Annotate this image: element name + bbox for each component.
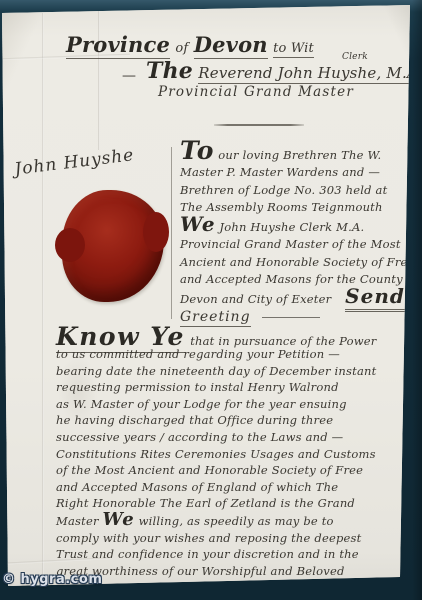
address-line-text: Devon and City of Exeter [180,292,331,306]
greeting-flourish-dash [262,317,320,318]
address-line: Master P. Master Wardens and — [180,164,416,181]
header-word-of: of [175,41,188,56]
header-title: Provincial Grand Master [158,84,354,100]
header-dash: — [122,68,136,84]
watermark: © hygra.com [2,572,102,587]
document-paper: Province of Devon to Wit — The Reverend … [0,0,422,600]
body-line: he having discharged that Office during … [56,412,418,429]
header-word-to-wit: to Wit [273,41,314,58]
photo-of-document: Province of Devon to Wit — The Reverend … [0,0,422,600]
header-word-the: The [146,58,193,84]
body-line: of the Most Ancient and Honorable Societ… [56,462,418,479]
body-word-we: We [103,509,135,530]
header-word-devon: Devon [194,32,268,59]
body-paragraph: to us committed and regarding your Petit… [56,346,418,579]
red-wax-seal-icon [62,190,164,302]
header-word-province: Province [66,32,170,59]
header-province-line: Province of Devon to Wit [66,32,314,57]
body-master-pre: Master [56,514,99,528]
address-block: To our loving Brethren The W. Master P. … [180,146,416,326]
body-line: to us committed and regarding your Petit… [56,346,418,363]
address-word-send: Send [345,284,405,312]
address-word-we: We [180,212,216,236]
address-line: We John Huyshe Clerk M.A. [180,216,416,236]
address-block-rule [171,147,172,319]
body-line: requesting permission to instal Henry Wa… [56,379,418,396]
body-line: successive years / according to the Laws… [56,429,418,446]
body-line: bearing date the nineteenth day of Decem… [56,363,418,380]
paper-crease-vertical-top [98,10,100,150]
body-master-post: willing, as speedily as may be to [139,514,334,528]
address-line: Brethren of Lodge No. 303 held at [180,182,416,199]
address-line: Ancient and Honorable Society of Free [180,254,416,271]
body-line: comply with your wishes and reposing the… [56,530,418,547]
body-line: great worthiness of our Worshipful and B… [56,563,418,580]
body-line-master-we: Master We willing, as speedily as may be… [56,512,418,530]
header-divider-rule [214,124,304,126]
address-line: Provincial Grand Master of the Most [180,236,416,253]
header-name-line: The Reverend John Huyshe, M.A. [146,58,422,84]
address-line: To our loving Brethren The W. [180,146,416,164]
address-line-text: our loving Brethren The W. [218,148,381,162]
paper-crease-vertical-left [42,13,44,585]
address-word-to: To [180,136,214,165]
address-line: Devon and City of Exeter Send [180,288,416,308]
body-line: Constitutions Rites Ceremonies Usages an… [56,446,418,463]
header-clerk-superscript: Clerk [342,52,368,62]
body-line: as W. Master of your Lodge for the year … [56,396,418,413]
signature-john-huyshe: John Huyshe [13,140,174,179]
body-line: and Accepted Masons of England of which … [56,479,418,496]
body-line: Trust and confidence in your discretion … [56,546,418,563]
header-reverend-name: Reverend John Huyshe, M.A. [198,64,422,84]
address-line-text: John Huyshe Clerk M.A. [219,220,364,234]
